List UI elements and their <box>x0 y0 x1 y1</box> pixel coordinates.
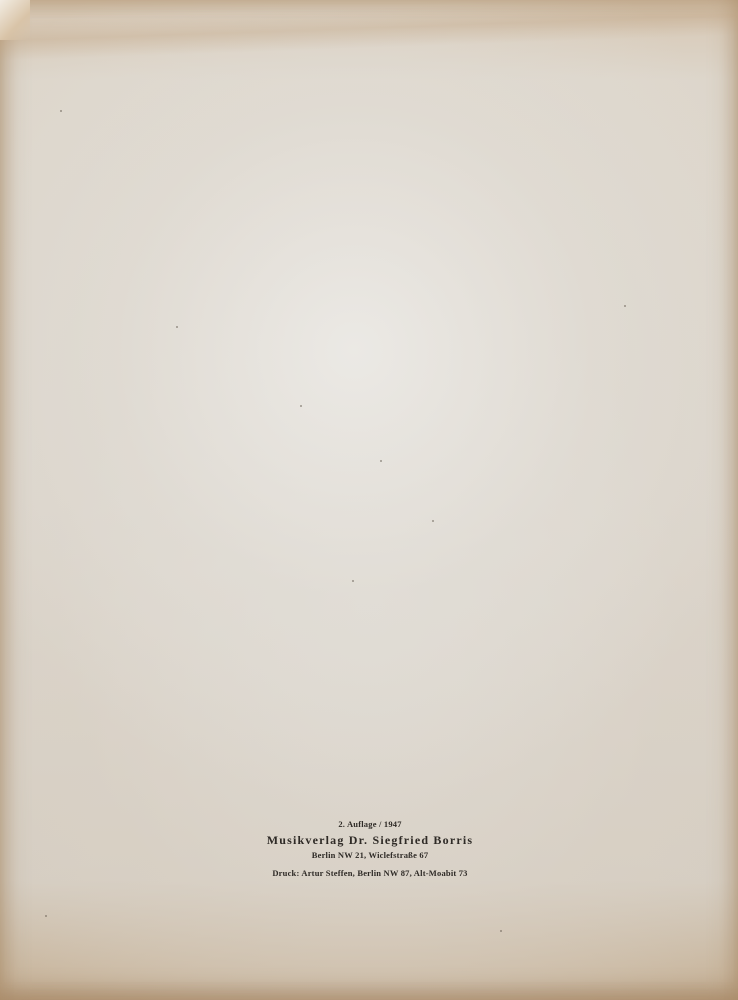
paper-speck <box>432 520 434 522</box>
imprint-block: 2. Auflage / 1947 Musikverlag Dr. Siegfr… <box>240 818 500 880</box>
paper-speck <box>176 326 178 328</box>
printer-line: Druck: Artur Steffen, Berlin NW 87, Alt-… <box>240 866 500 880</box>
paper-speck <box>300 405 302 407</box>
paper-speck <box>45 915 47 917</box>
edition-line: 2. Auflage / 1947 <box>240 818 500 830</box>
paper-crease <box>0 0 738 61</box>
paper-speck <box>380 460 382 462</box>
paper-speck <box>500 930 502 932</box>
paper-speck <box>60 110 62 112</box>
publisher-name: Musikverlag Dr. Siegfried Borris <box>240 831 500 849</box>
publisher-address: Berlin NW 21, Wiclefstraße 67 <box>240 849 500 862</box>
paper-speck <box>624 305 626 307</box>
paper-speck <box>352 580 354 582</box>
back-cover-page: 2. Auflage / 1947 Musikverlag Dr. Siegfr… <box>0 0 738 1000</box>
folded-corner <box>0 0 30 40</box>
